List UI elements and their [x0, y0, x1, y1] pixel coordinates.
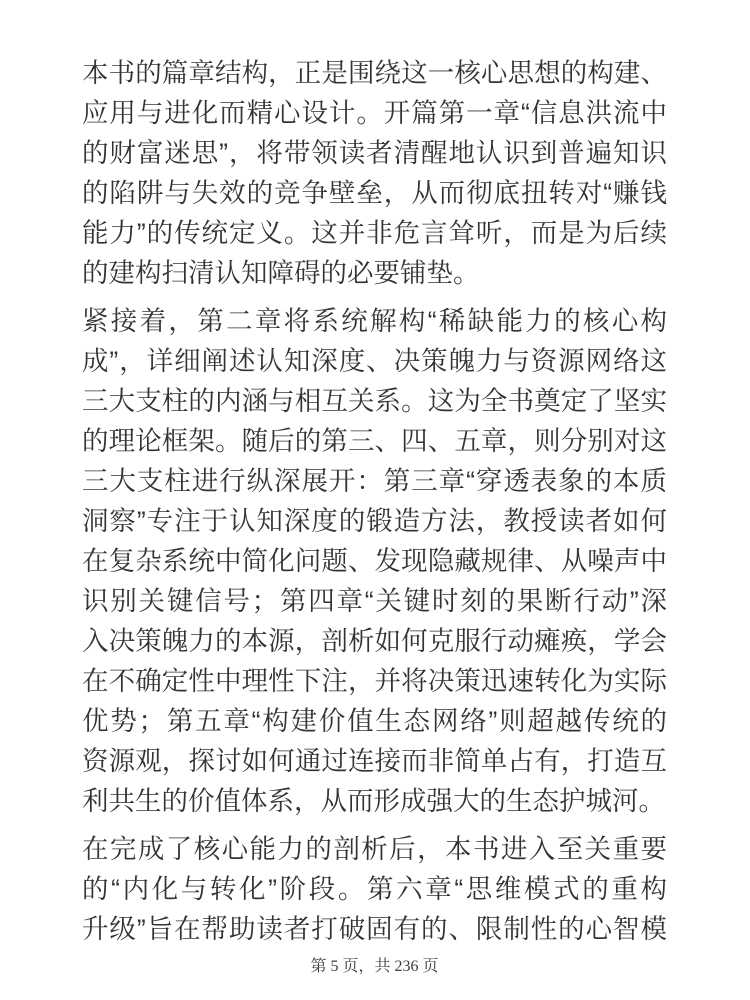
text-line: 资源观，探讨如何通过连接而非简单占有，打造互	[82, 741, 667, 781]
text-line: 在完成了核心能力的剖析后，本书进入至关重要	[82, 829, 667, 869]
text-line: 在不确定性中理性下注，并将决策迅速转化为实际	[82, 661, 667, 701]
text-line: 应用与进化而精心设计。开篇第一章“信息洪流中	[82, 93, 667, 133]
text-line: 优势；第五章“构建价值生态网络”则超越传统的	[82, 701, 667, 741]
text-line: 紧接着，第二章将系统解构“稀缺能力的核心构	[82, 301, 667, 341]
page-number-label: 第 5 页，共 236 页	[310, 958, 438, 975]
text-line: 的陷阱与失效的竞争壁垒，从而彻底扭转对“赚钱	[82, 173, 667, 213]
text-line: 成”，详细阐述认知深度、决策魄力与资源网络这	[82, 341, 667, 381]
page-footer: 第 5 页，共 236 页	[82, 957, 667, 977]
text-line: 本书的篇章结构，正是围绕这一核心思想的构建、	[82, 53, 667, 93]
text-line: 三大支柱的内涵与相互关系。这为全书奠定了坚实	[82, 381, 667, 421]
text-line: 的“内化与转化”阶段。第六章“思维模式的重构	[82, 869, 667, 909]
text-line: 利共生的价值体系，从而形成强大的生态护城河。	[82, 781, 667, 821]
text-line: 升级”旨在帮助读者打破固有的、限制性的心智模	[82, 909, 667, 949]
text-line: 的理论框架。随后的第三、四、五章，则分别对这	[82, 421, 667, 461]
text-line: 的建构扫清认知障碍的必要铺垫。	[82, 253, 667, 293]
text-line: 识别关键信号；第四章“关键时刻的果断行动”深	[82, 581, 667, 621]
paragraph: 本书的篇章结构，正是围绕这一核心思想的构建、应用与进化而精心设计。开篇第一章“信…	[82, 53, 667, 293]
text-line: 洞察”专注于认知深度的锻造方法，教授读者如何	[82, 501, 667, 541]
text-line: 能力”的传统定义。这并非危言耸听，而是为后续	[82, 213, 667, 253]
paragraph: 在完成了核心能力的剖析后，本书进入至关重要的“内化与转化”阶段。第六章“思维模式…	[82, 829, 667, 949]
paragraph: 紧接着，第二章将系统解构“稀缺能力的核心构成”，详细阐述认知深度、决策魄力与资源…	[82, 301, 667, 821]
text-line: 三大支柱进行纵深展开：第三章“穿透表象的本质	[82, 461, 667, 501]
document-body: 本书的篇章结构，正是围绕这一核心思想的构建、应用与进化而精心设计。开篇第一章“信…	[82, 53, 667, 949]
document-page: 本书的篇章结构，正是围绕这一核心思想的构建、应用与进化而精心设计。开篇第一章“信…	[0, 0, 750, 1000]
text-line: 在复杂系统中简化问题、发现隐藏规律、从噪声中	[82, 541, 667, 581]
text-line: 入决策魄力的本源，剖析如何克服行动瘫痪，学会	[82, 621, 667, 661]
text-line: 的财富迷思”，将带领读者清醒地认识到普遍知识	[82, 133, 667, 173]
